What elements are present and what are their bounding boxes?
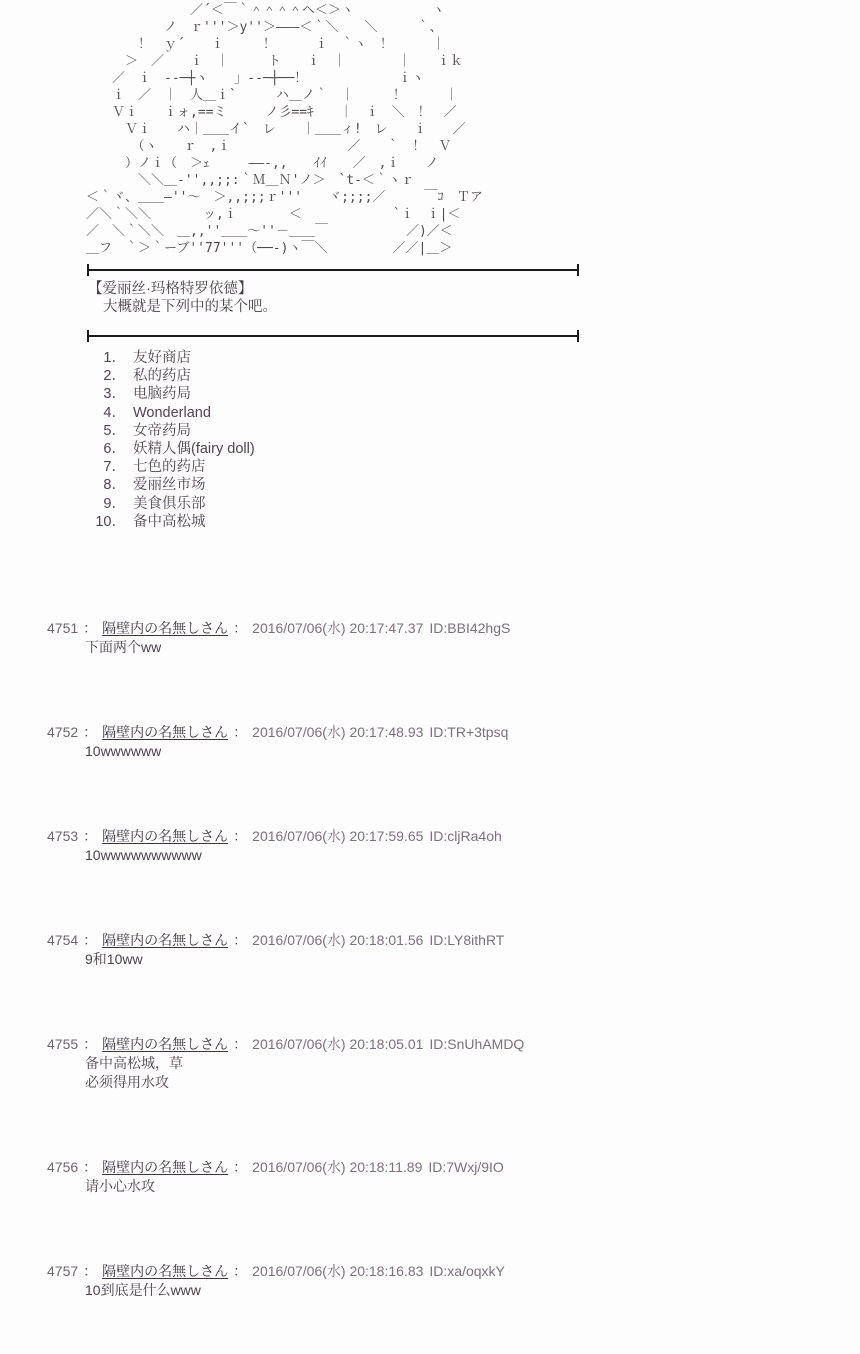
post-separator: ： (233, 828, 247, 844)
post-separator: ： (83, 828, 97, 844)
post-number: 4753 (47, 828, 78, 844)
post-author-link[interactable]: 隔壁内の名無しさん (102, 1159, 228, 1175)
option-label: Wonderland (133, 404, 211, 422)
post-body: 请小心水攻 (85, 1177, 860, 1196)
post-id: ID:7Wxj/9IO (428, 1159, 503, 1175)
option-label: 私的药店 (133, 367, 191, 385)
option-item-4: 4． Wonderland (0, 404, 860, 422)
option-item-6: 6． 妖精人偶(fairy doll) (0, 440, 860, 458)
posts-section: 4751：隔壁内の名無しさん：2016/07/06(水) 20:17:47.37… (0, 619, 860, 1300)
post-id: ID:SnUhAMDQ (429, 1036, 524, 1052)
narration-block: 【爱丽丝·玛格特罗依德】 大概就是下列中的某个吧。 (88, 280, 860, 316)
post-number: 4756 (47, 1159, 78, 1175)
post-body: 下面两个ww (85, 638, 860, 657)
option-item-8: 8． 爱丽丝市场 (0, 476, 860, 494)
post-header: 4755：隔壁内の名無しさん：2016/07/06(水) 20:18:05.01… (47, 1035, 860, 1054)
post-4752: 4752：隔壁内の名無しさん：2016/07/06(水) 20:17:48.93… (0, 723, 860, 761)
post-id: ID:TR+3tpsq (429, 724, 508, 740)
aa-divider-top (88, 269, 578, 271)
option-item-5: 5． 女帝药局 (0, 422, 860, 440)
post-body: 9和10ww (85, 950, 860, 969)
post-author-link[interactable]: 隔壁内の名無しさん (102, 1036, 228, 1052)
options-list: 1． 友好商店 2． 私的药店 3． 电脑药局 4． Wonderland 5．… (0, 349, 860, 531)
post-header: 4757：隔壁内の名無しさん：2016/07/06(水) 20:18:16.83… (47, 1262, 860, 1281)
ascii-art-alice: ／´＜￣｀＾＾＾＾ヘ＜＞ヽ ヽ ノ ｒ'''＞y''＞―――＜｀＼ ＼ ｀、 ！… (86, 2, 860, 257)
option-label: 七色的药店 (133, 458, 206, 476)
post-datetime: 2016/07/06(水) 20:18:05.01 (252, 1036, 423, 1052)
post-datetime: 2016/07/06(水) 20:17:47.37 (252, 620, 423, 636)
option-label: 爱丽丝市场 (133, 476, 206, 494)
option-label: 妖精人偶(fairy doll) (133, 440, 255, 458)
narration-text: 大概就是下列中的某个吧。 (88, 298, 860, 316)
post-separator: ： (233, 1263, 247, 1279)
thread-page: ／´＜￣｀＾＾＾＾ヘ＜＞ヽ ヽ ノ ｒ'''＞y''＞―――＜｀＼ ＼ ｀、 ！… (0, 2, 860, 1300)
option-number: 6． (0, 440, 126, 458)
post-id: ID:BBI42hgS (429, 620, 510, 636)
post-separator: ： (83, 1036, 97, 1052)
post-4755: 4755：隔壁内の名無しさん：2016/07/06(水) 20:18:05.01… (0, 1035, 860, 1092)
option-item-10: 10． 备中高松城 (0, 513, 860, 531)
option-label: 女帝药局 (133, 422, 191, 440)
post-separator: ： (233, 724, 247, 740)
post-separator: ： (83, 1159, 97, 1175)
option-item-2: 2． 私的药店 (0, 367, 860, 385)
post-datetime: 2016/07/06(水) 20:18:16.83 (252, 1263, 423, 1279)
option-number: 8． (0, 476, 126, 494)
option-label: 美食俱乐部 (133, 495, 206, 513)
option-number: 1． (0, 349, 126, 367)
post-4757: 4757：隔壁内の名無しさん：2016/07/06(水) 20:18:16.83… (0, 1262, 860, 1300)
option-item-9: 9． 美食俱乐部 (0, 495, 860, 513)
post-header: 4752：隔壁内の名無しさん：2016/07/06(水) 20:17:48.93… (47, 723, 860, 742)
post-4754: 4754：隔壁内の名無しさん：2016/07/06(水) 20:18:01.56… (0, 931, 860, 969)
post-separator: ： (83, 932, 97, 948)
post-header: 4754：隔壁内の名無しさん：2016/07/06(水) 20:18:01.56… (47, 931, 860, 950)
option-number: 9． (0, 495, 126, 513)
post-separator: ： (83, 724, 97, 740)
aa-divider-bottom (88, 335, 578, 337)
post-4751: 4751：隔壁内の名無しさん：2016/07/06(水) 20:17:47.37… (0, 619, 860, 657)
post-body: 10wwwwww (85, 742, 860, 761)
post-author-link[interactable]: 隔壁内の名無しさん (102, 1263, 228, 1279)
post-4753: 4753：隔壁内の名無しさん：2016/07/06(水) 20:17:59.65… (0, 827, 860, 865)
post-number: 4754 (47, 932, 78, 948)
post-number: 4752 (47, 724, 78, 740)
option-label: 电脑药局 (133, 385, 191, 403)
option-number: 2． (0, 367, 126, 385)
post-number: 4751 (47, 620, 78, 636)
post-body: 10wwwwwwwwww (85, 846, 860, 865)
post-datetime: 2016/07/06(水) 20:18:11.89 (252, 1159, 422, 1175)
character-name-title: 【爱丽丝·玛格特罗依德】 (88, 280, 860, 298)
post-separator: ： (83, 1263, 97, 1279)
option-item-7: 7． 七色的药店 (0, 458, 860, 476)
post-datetime: 2016/07/06(水) 20:17:59.65 (252, 828, 423, 844)
option-number: 7． (0, 458, 126, 476)
option-number: 3． (0, 385, 126, 403)
post-id: ID:LY8ithRT (429, 932, 504, 948)
post-id: ID:xa/oqxkY (429, 1263, 504, 1279)
post-author-link[interactable]: 隔壁内の名無しさん (102, 724, 228, 740)
post-number: 4757 (47, 1263, 78, 1279)
option-number: 4． (0, 404, 126, 422)
post-author-link[interactable]: 隔壁内の名無しさん (102, 828, 228, 844)
option-label: 备中高松城 (133, 513, 206, 531)
option-number: 10． (0, 513, 126, 531)
post-body: 10到底是什么www (85, 1281, 860, 1300)
post-author-link[interactable]: 隔壁内の名無しさん (102, 620, 228, 636)
option-item-1: 1． 友好商店 (0, 349, 860, 367)
post-id: ID:cljRa4oh (429, 828, 501, 844)
option-label: 友好商店 (133, 349, 191, 367)
post-header: 4756：隔壁内の名無しさん：2016/07/06(水) 20:18:11.89… (47, 1158, 860, 1177)
post-separator: ： (233, 1159, 247, 1175)
post-number: 4755 (47, 1036, 78, 1052)
post-header: 4753：隔壁内の名無しさん：2016/07/06(水) 20:17:59.65… (47, 827, 860, 846)
post-4756: 4756：隔壁内の名無しさん：2016/07/06(水) 20:18:11.89… (0, 1158, 860, 1196)
post-separator: ： (233, 1036, 247, 1052)
option-item-3: 3． 电脑药局 (0, 385, 860, 403)
post-datetime: 2016/07/06(水) 20:17:48.93 (252, 724, 423, 740)
post-body: 备中高松城，草 必须得用水攻 (85, 1054, 860, 1092)
post-separator: ： (233, 620, 247, 636)
post-separator: ： (233, 932, 247, 948)
post-author-link[interactable]: 隔壁内の名無しさん (102, 932, 228, 948)
post-separator: ： (83, 620, 97, 636)
post-datetime: 2016/07/06(水) 20:18:01.56 (252, 932, 423, 948)
post-header: 4751：隔壁内の名無しさん：2016/07/06(水) 20:17:47.37… (47, 619, 860, 638)
option-number: 5． (0, 422, 126, 440)
